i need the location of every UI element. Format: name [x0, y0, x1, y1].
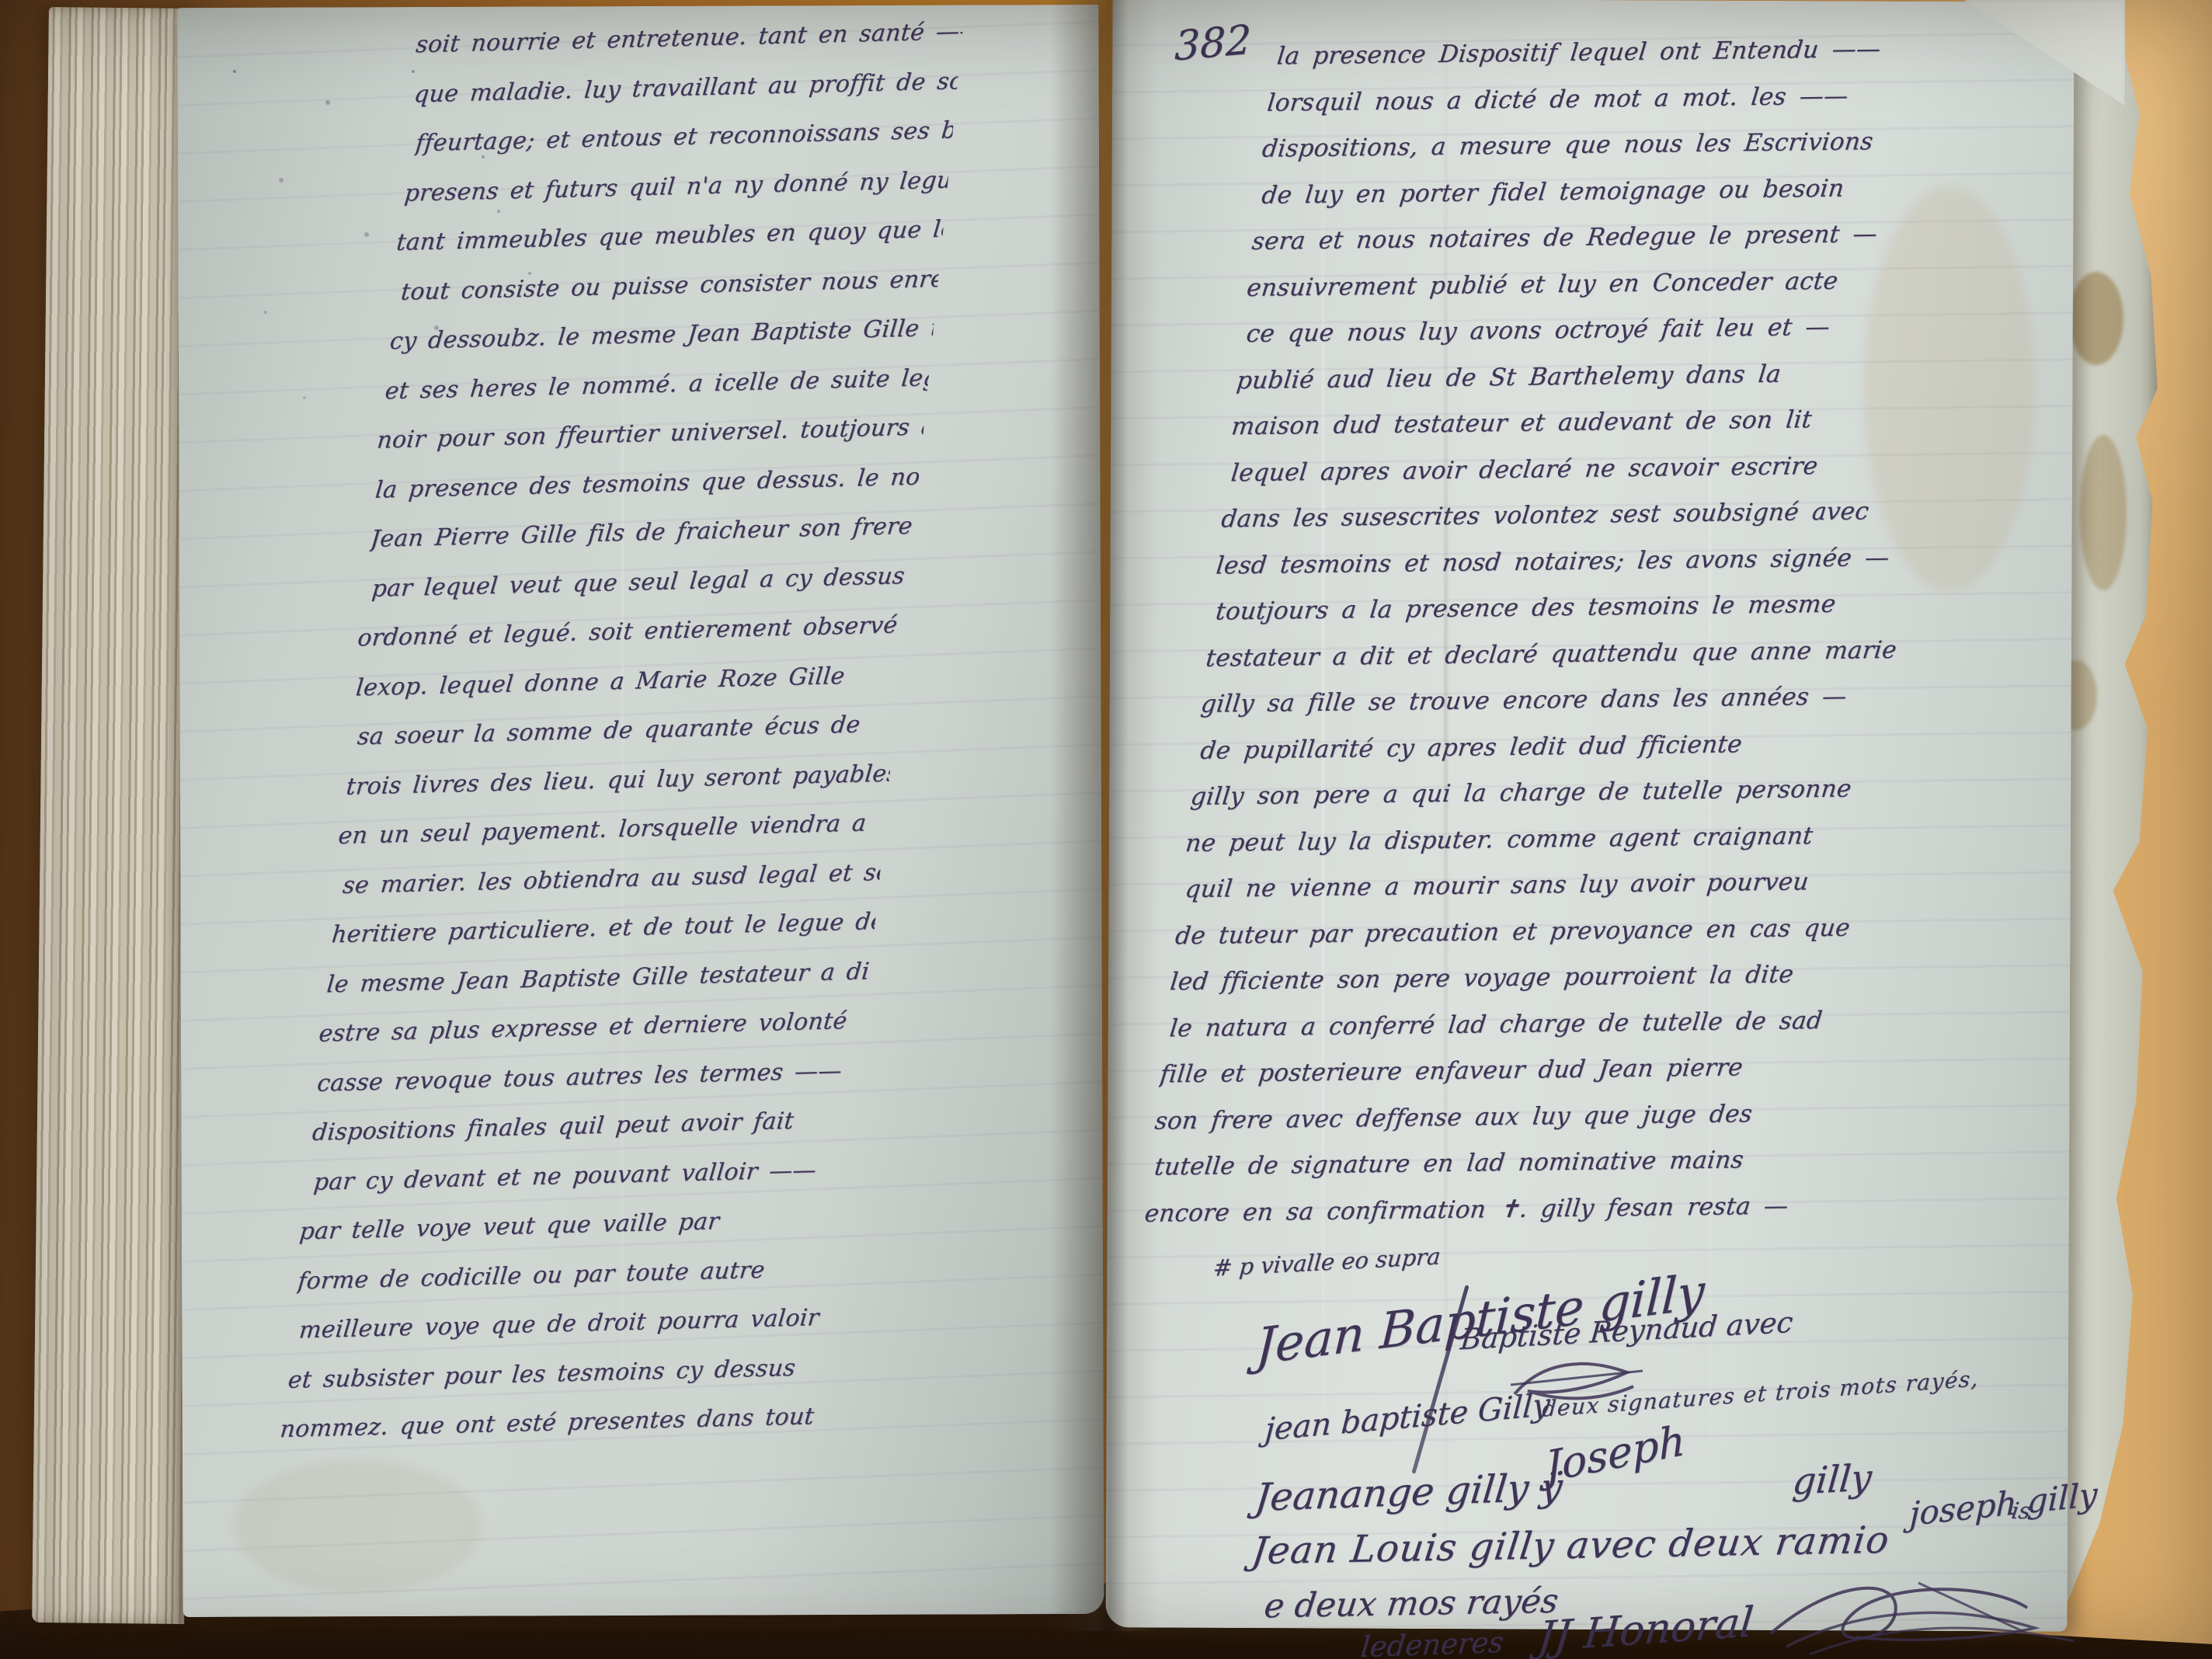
signature-superscript: is [2010, 1497, 2033, 1524]
ink-specks [233, 70, 236, 73]
note-deux-mots-rayes: e deux mos rayés [1262, 1582, 1560, 1626]
manuscript-photo: le me & ces sip el 22 ne to ron lei ly 3… [0, 0, 2212, 1659]
page-number: 382 [1174, 17, 1252, 71]
word-ledeneres: ledeneres [1359, 1626, 1505, 1659]
right-page-text: la presence Dispositif lequel ont Entend… [1143, 23, 2122, 1237]
torn-paper-spot [2080, 435, 2127, 590]
paper-stain [233, 1460, 482, 1592]
signature-gilly: gilly [1791, 1456, 1873, 1504]
notary-paraphe-flourish-icon [1763, 1560, 2089, 1659]
book-gutter-shadow [1050, 0, 1159, 1631]
book-page-stack-edge [32, 7, 201, 1624]
